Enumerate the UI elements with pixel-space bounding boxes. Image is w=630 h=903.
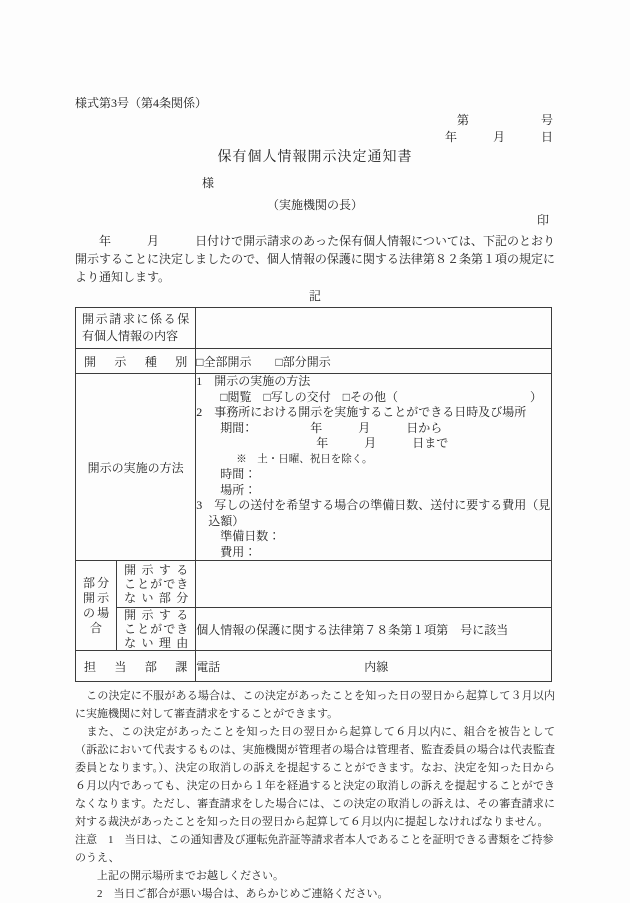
disclosure-type-options: □全部開示 □部分開示 — [196, 349, 552, 374]
body-paragraph: 年 月 日付けで開示請求のあった保有個人情報については、下記のとおり開示すること… — [75, 232, 555, 286]
appeal-paragraph: この決定に不服がある場合は、この決定があったことを知った日の翌日から起算して３月… — [75, 687, 555, 723]
cannot-reason-label-line: ことができ — [117, 622, 195, 636]
row-department: 担当部課 電話内線 — [76, 651, 552, 682]
issue-number-line: 第 号 — [75, 113, 555, 128]
cannot-part-label-line: 開示する — [117, 563, 195, 577]
document-title: 保有個人情報開示決定通知書 — [75, 148, 555, 167]
issue-date-line: 年 月 日 — [75, 130, 555, 145]
disclosure-type-label-cell: 開示種別 — [76, 349, 196, 374]
cannot-reason-label-line: ない理由 — [117, 636, 195, 650]
implementation-detail-cell: 1 開示の実施の方法 □閲覧 □写しの交付 □その他（ ） 2 事務所における開… — [196, 374, 552, 561]
form-number: 様式第3号（第4条関係） — [75, 96, 555, 111]
cannot-reason-label-line: 開示する — [117, 608, 195, 622]
request-content-label-cell: 開示請求に係る保有個人情報の内容 — [76, 308, 196, 349]
issuer-line: （実施機関の長） — [75, 197, 555, 213]
implementation-holiday-note: ※ 土・日曜、祝日を除く。 — [236, 452, 551, 468]
request-content-value — [196, 308, 552, 349]
disclosure-type-label: 開示種別 — [76, 353, 195, 370]
implementation-label: 開示の実施の方法 — [76, 459, 195, 476]
implementation-lines-bottom: 時間： 場所： 3 写しの送付を希望する場合の準備日数、送付に要する費用（見 込… — [196, 467, 551, 560]
cannot-part-value — [196, 561, 552, 608]
row-partial-cannot-part: 部分 開示 の場 合 開示する ことができ ない部分 — [76, 561, 552, 608]
request-content-label: 開示請求に係る保有個人情報の内容 — [76, 308, 195, 348]
lawsuit-paragraph: また、この決定があったことを知った日の翌日から起算して６月以内に、組合を被告とし… — [75, 723, 555, 831]
extension-label: 内線 — [364, 660, 388, 674]
record-marker: 記 — [75, 288, 555, 304]
disclosure-table: 開示請求に係る保有個人情報の内容 開示種別 □全部開示 □部分開示 開示の実施の… — [75, 307, 552, 682]
phone-label: 電話 — [196, 660, 220, 674]
seal-mark: 印 — [75, 213, 555, 228]
group-label-line: 部分 — [76, 576, 116, 591]
attention-notes: 注意 1 当日は、この通知書及び運転免許証等請求者本人であることを証明できる書類… — [75, 831, 555, 903]
cannot-part-label-line: ない部分 — [117, 591, 195, 605]
implementation-lines-top: 1 開示の実施の方法 □閲覧 □写しの交付 □その他（ ） 2 事務所における開… — [196, 374, 551, 452]
group-label-line: の場 — [76, 606, 116, 621]
department-contact-cell: 電話内線 — [196, 651, 552, 682]
cannot-part-label-cell: 開示する ことができ ない部分 — [117, 561, 196, 608]
implementation-label-cell: 開示の実施の方法 — [76, 374, 196, 561]
row-implementation-method: 開示の実施の方法 1 開示の実施の方法 □閲覧 □写しの交付 □その他（ ） 2… — [76, 374, 552, 561]
cannot-part-label-line: ことができ — [117, 577, 195, 591]
partial-disclosure-group-label: 部分 開示 の場 合 — [76, 561, 117, 651]
footer-notes-section: この決定に不服がある場合は、この決定があったことを知った日の翌日から起算して３月… — [75, 687, 555, 903]
addressee-honorific: 様 — [202, 176, 214, 190]
row-partial-cannot-reason: 開示する ことができ ない理由 個人情報の保護に関する法律第７８条第１項第 号に… — [76, 608, 552, 651]
addressee-line: 様 — [202, 175, 555, 191]
group-label-line: 開示 — [76, 591, 116, 606]
department-label-cell: 担当部課 — [76, 651, 196, 682]
document-page: 様式第3号（第4条関係） 第 号 年 月 日 保有個人情報開示決定通知書 様 （… — [0, 0, 630, 903]
row-disclosure-type: 開示種別 □全部開示 □部分開示 — [76, 349, 552, 374]
row-request-content: 開示請求に係る保有個人情報の内容 — [76, 308, 552, 349]
department-label: 担当部課 — [76, 658, 195, 675]
cannot-reason-value: 個人情報の保護に関する法律第７８条第１項第 号に該当 — [196, 608, 552, 651]
cannot-reason-label-cell: 開示する ことができ ない理由 — [117, 608, 196, 651]
group-label-line: 合 — [76, 621, 116, 636]
